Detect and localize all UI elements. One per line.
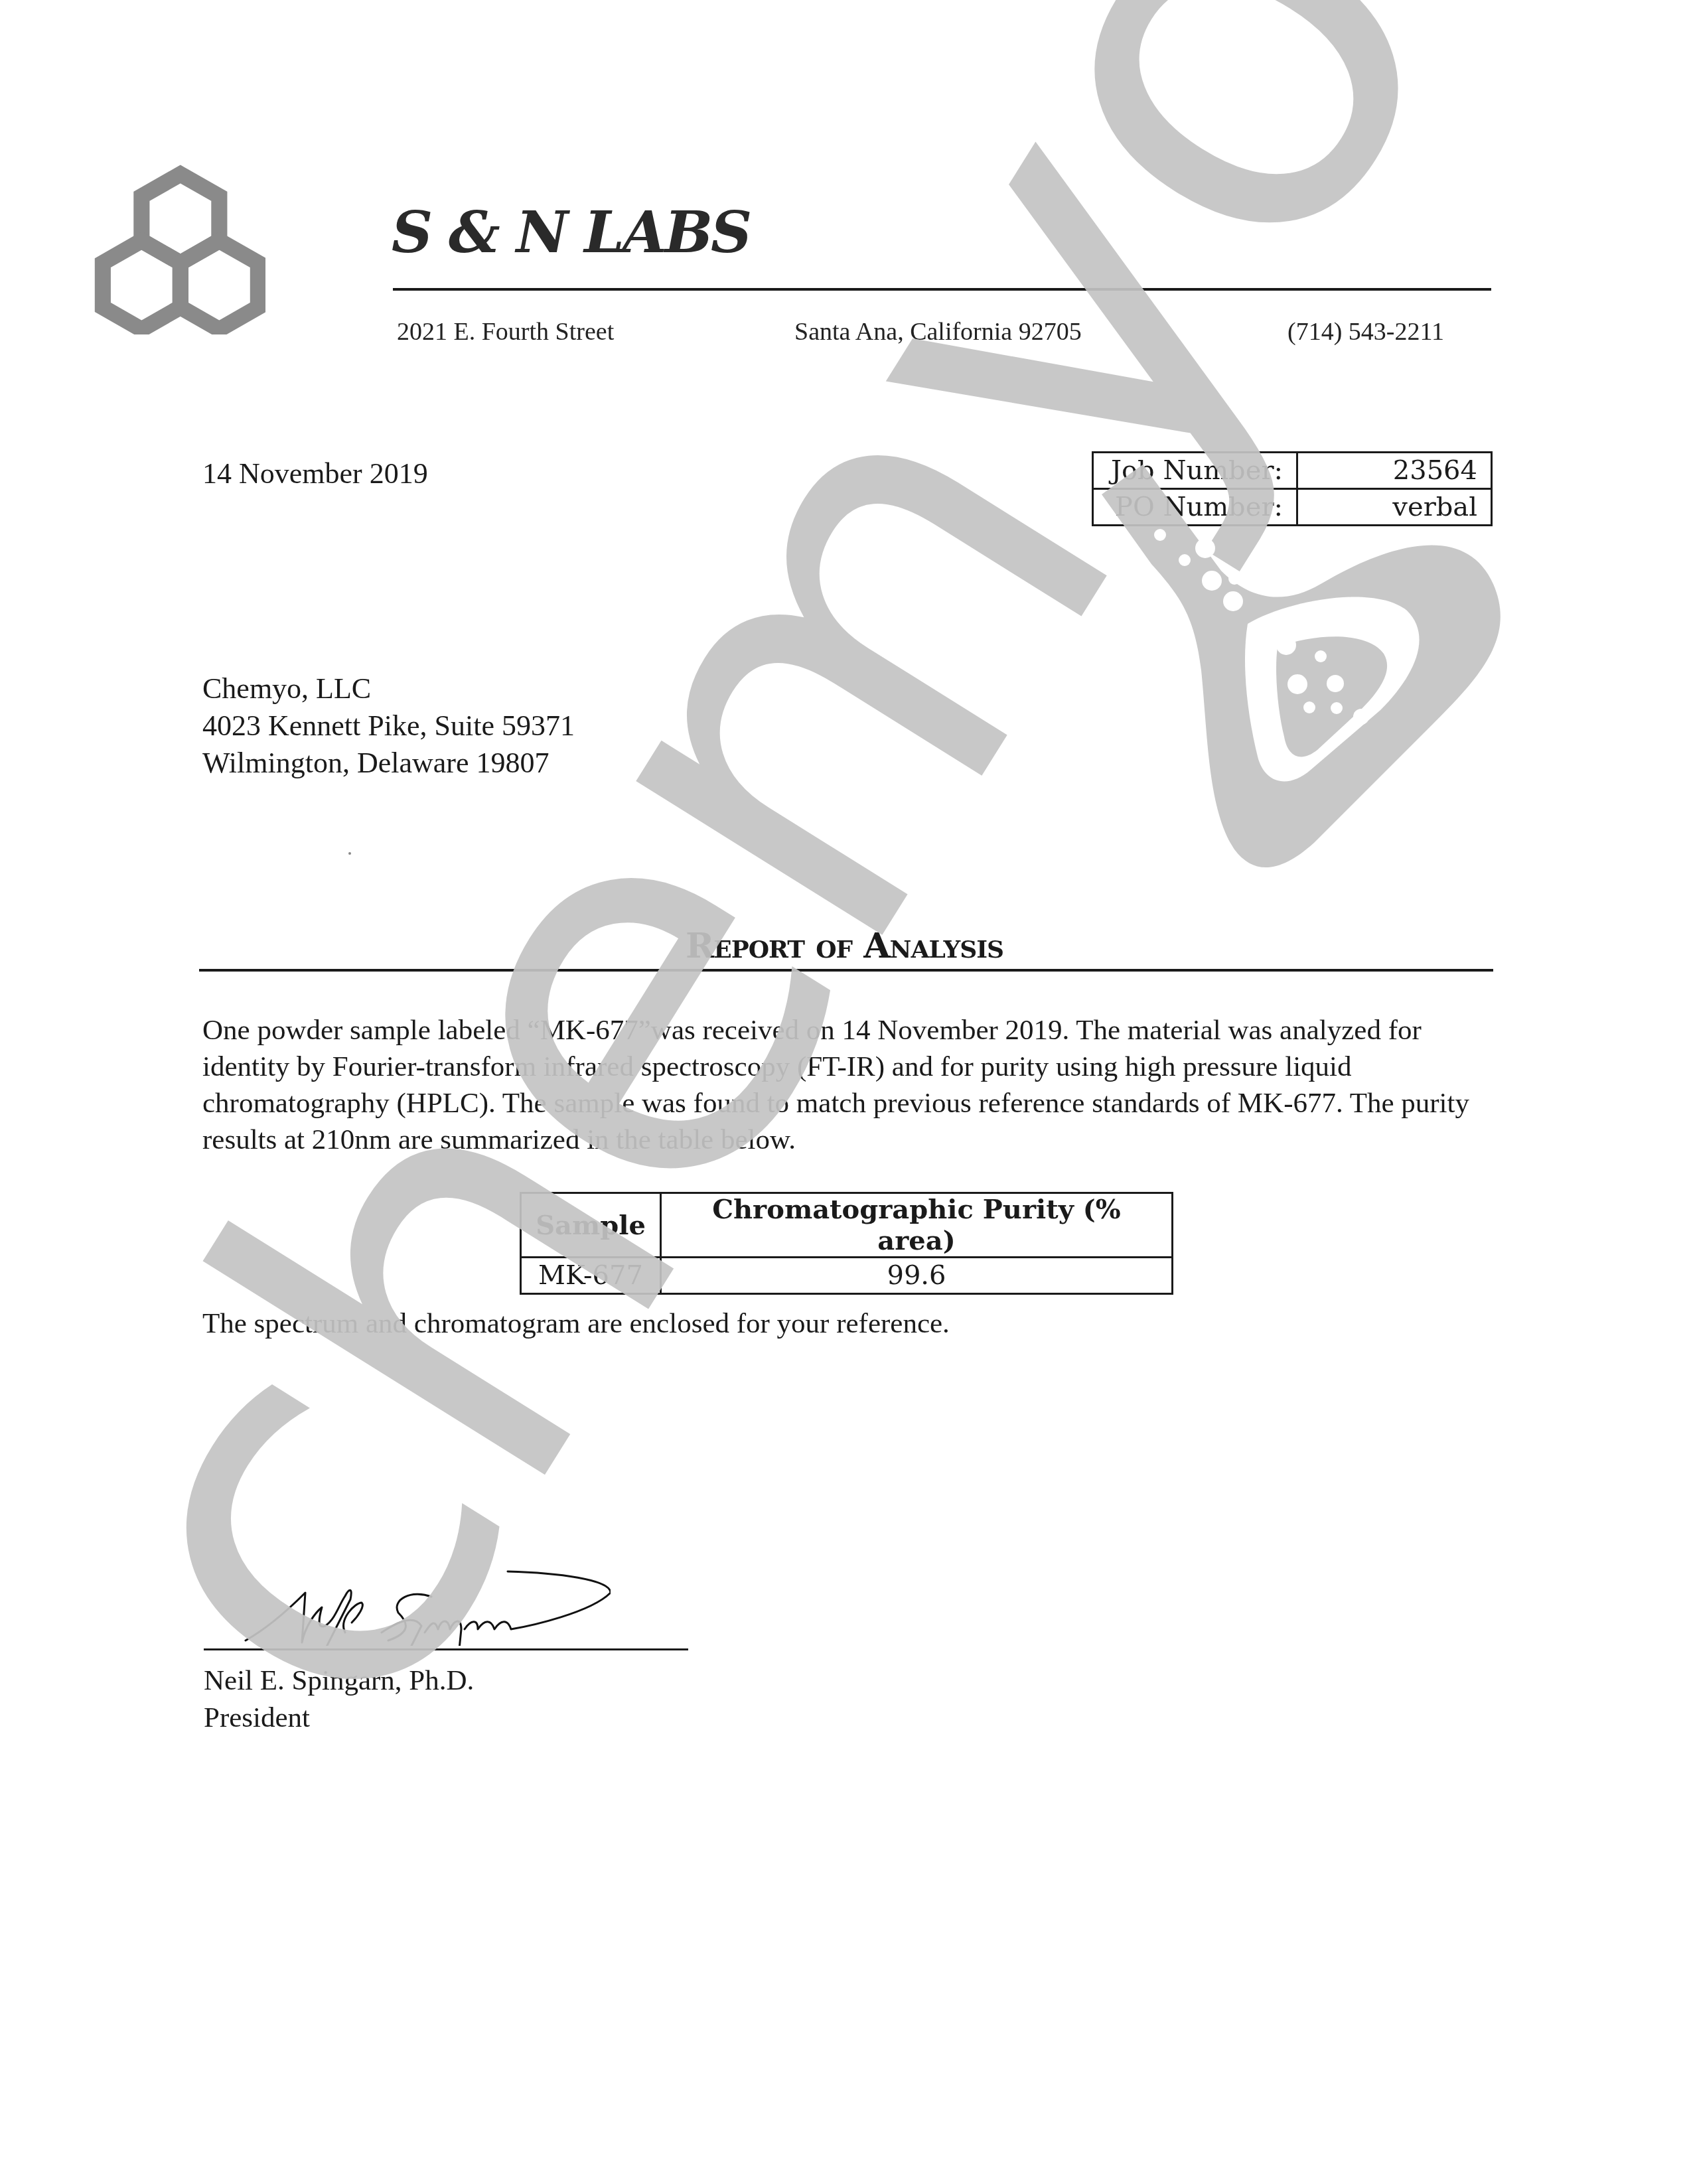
recipient-address-line1: 4023 Kennett Pike, Suite 59371	[202, 707, 575, 745]
letter-date: 14 November 2019	[202, 457, 428, 490]
recipient-address-line2: Wilmington, Delaware 19807	[202, 745, 575, 782]
signer-name: Neil E. Spingarn, Ph.D.	[204, 1662, 474, 1700]
recipient-name: Chemyo, LLC	[202, 670, 575, 707]
phone-number: (714) 543-2211	[1287, 317, 1444, 346]
po-number-row: PO Number: verbal	[1093, 489, 1492, 526]
purity-table: Sample Chromatographic Purity (% area) M…	[520, 1192, 1173, 1295]
cell-purity: 99.6	[661, 1258, 1173, 1294]
job-info-table: Job Number: 23564 PO Number: verbal	[1092, 451, 1493, 526]
report-title: Report of Analysis	[0, 926, 1689, 966]
recipient-address: Chemyo, LLC 4023 Kennett Pike, Suite 593…	[202, 670, 575, 782]
purity-table-header: Sample Chromatographic Purity (% area)	[521, 1193, 1173, 1258]
job-number-label: Job Number:	[1093, 453, 1297, 489]
table-row: MK-677 99.6	[521, 1258, 1173, 1294]
title-divider	[199, 969, 1493, 972]
signer-block: Neil E. Spingarn, Ph.D. President	[204, 1662, 474, 1737]
job-number-value: 23564	[1297, 453, 1492, 489]
header-sample: Sample	[521, 1193, 661, 1258]
signature-line	[204, 1648, 688, 1650]
job-number-row: Job Number: 23564	[1093, 453, 1492, 489]
company-name: S & N LABS	[392, 199, 750, 266]
report-body: One powder sample labeled “MK-677”was re…	[202, 1012, 1497, 1158]
street-address: 2021 E. Fourth Street	[397, 317, 614, 346]
cell-sample: MK-677	[521, 1258, 661, 1294]
signer-title: President	[204, 1700, 474, 1737]
po-number-value: verbal	[1297, 489, 1492, 526]
scan-speck	[348, 852, 351, 855]
city-state-zip: Santa Ana, California 92705	[794, 317, 1082, 346]
signature-image	[239, 1566, 611, 1646]
header-purity: Chromatographic Purity (% area)	[661, 1193, 1173, 1258]
po-number-label: PO Number:	[1093, 489, 1297, 526]
hexagon-cluster-icon	[93, 159, 265, 334]
header-divider	[393, 288, 1491, 291]
enclosure-note: The spectrum and chromatogram are enclos…	[202, 1307, 950, 1340]
